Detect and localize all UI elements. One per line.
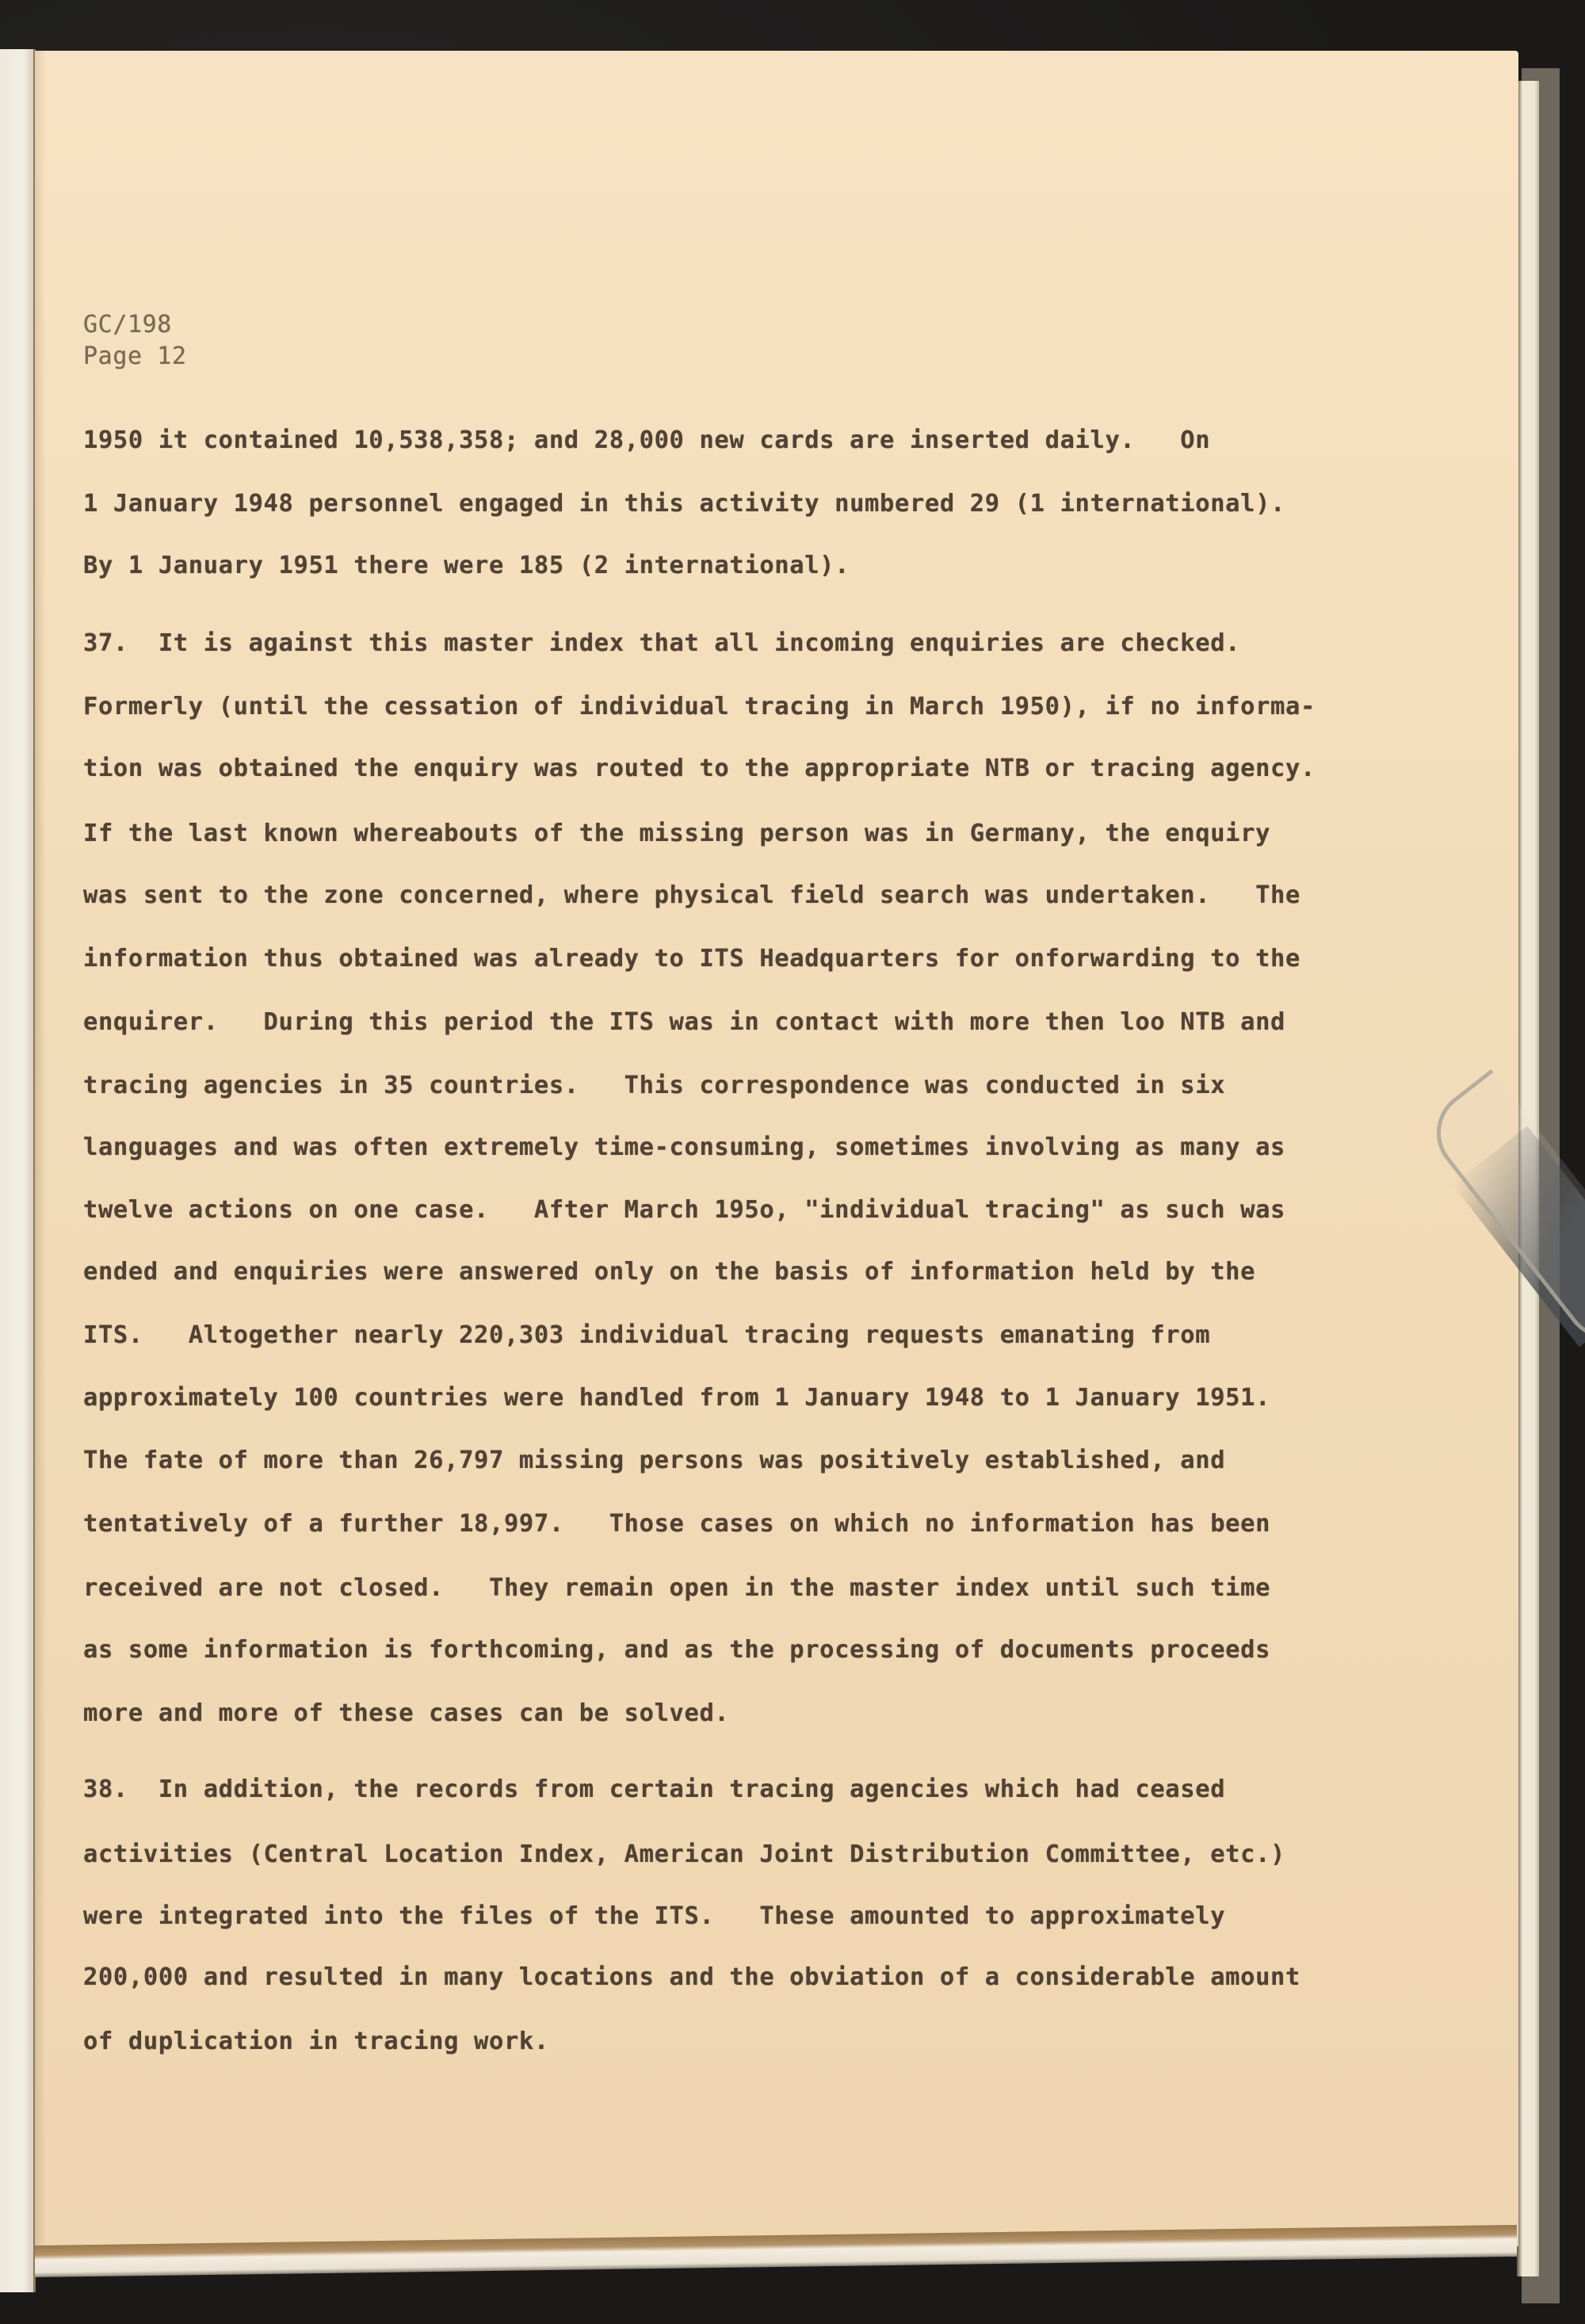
text-line: activities (Central Location Index, Amer…: [83, 1840, 1285, 1868]
text-line: 200,000 and resulted in many locations a…: [83, 1963, 1300, 1991]
text-line: If the last known whereabouts of the mis…: [83, 820, 1270, 847]
page-number: Page 12: [83, 342, 187, 370]
paragraph-37-start: 37. It is against this master index that…: [83, 629, 1240, 657]
facing-page-edge: [0, 49, 36, 2292]
text-line: 1 January 1948 personnel engaged in this…: [83, 490, 1285, 518]
text-line: was sent to the zone concerned, where ph…: [83, 881, 1300, 909]
text-line: tracing agencies in 35 countries. This c…: [83, 1072, 1225, 1099]
text-line: more and more of these cases can be solv…: [83, 1699, 729, 1727]
text-line: tentatively of a further 18,997. Those c…: [83, 1510, 1270, 1538]
text-line: approximately 100 countries were handled…: [83, 1384, 1270, 1412]
paragraph-38-start: 38. In addition, the records from certai…: [83, 1775, 1225, 1803]
document-body: GC/198 Page 12 1950 it contained 10,538,…: [83, 0, 1494, 832]
text-line: ended and enquiries were answered only o…: [83, 1258, 1255, 1286]
text-line: tion was obtained the enquiry was routed…: [83, 755, 1316, 782]
text-line: twelve actions on one case. After March …: [83, 1196, 1285, 1224]
document-reference: GC/198: [83, 311, 172, 338]
text-line: received are not closed. They remain ope…: [83, 1574, 1270, 1602]
text-line: were integrated into the files of the IT…: [83, 1902, 1225, 1930]
text-line: Formerly (until the cessation of individ…: [83, 693, 1316, 721]
text-line: By 1 January 1951 there were 185 (2 inte…: [83, 552, 850, 579]
text-line: of duplication in tracing work.: [83, 2028, 549, 2055]
text-line: ITS. Altogether nearly 220,303 individua…: [83, 1321, 1210, 1349]
text-line: 1950 it contained 10,538,358; and 28,000…: [83, 426, 1210, 454]
text-line: as some information is forthcoming, and …: [83, 1636, 1270, 1664]
text-line: The fate of more than 26,797 missing per…: [83, 1447, 1225, 1474]
text-line: enquirer. During this period the ITS was…: [83, 1008, 1285, 1036]
text-line: languages and was often extremely time-c…: [83, 1133, 1285, 1161]
text-line: information thus obtained was already to…: [83, 945, 1300, 973]
